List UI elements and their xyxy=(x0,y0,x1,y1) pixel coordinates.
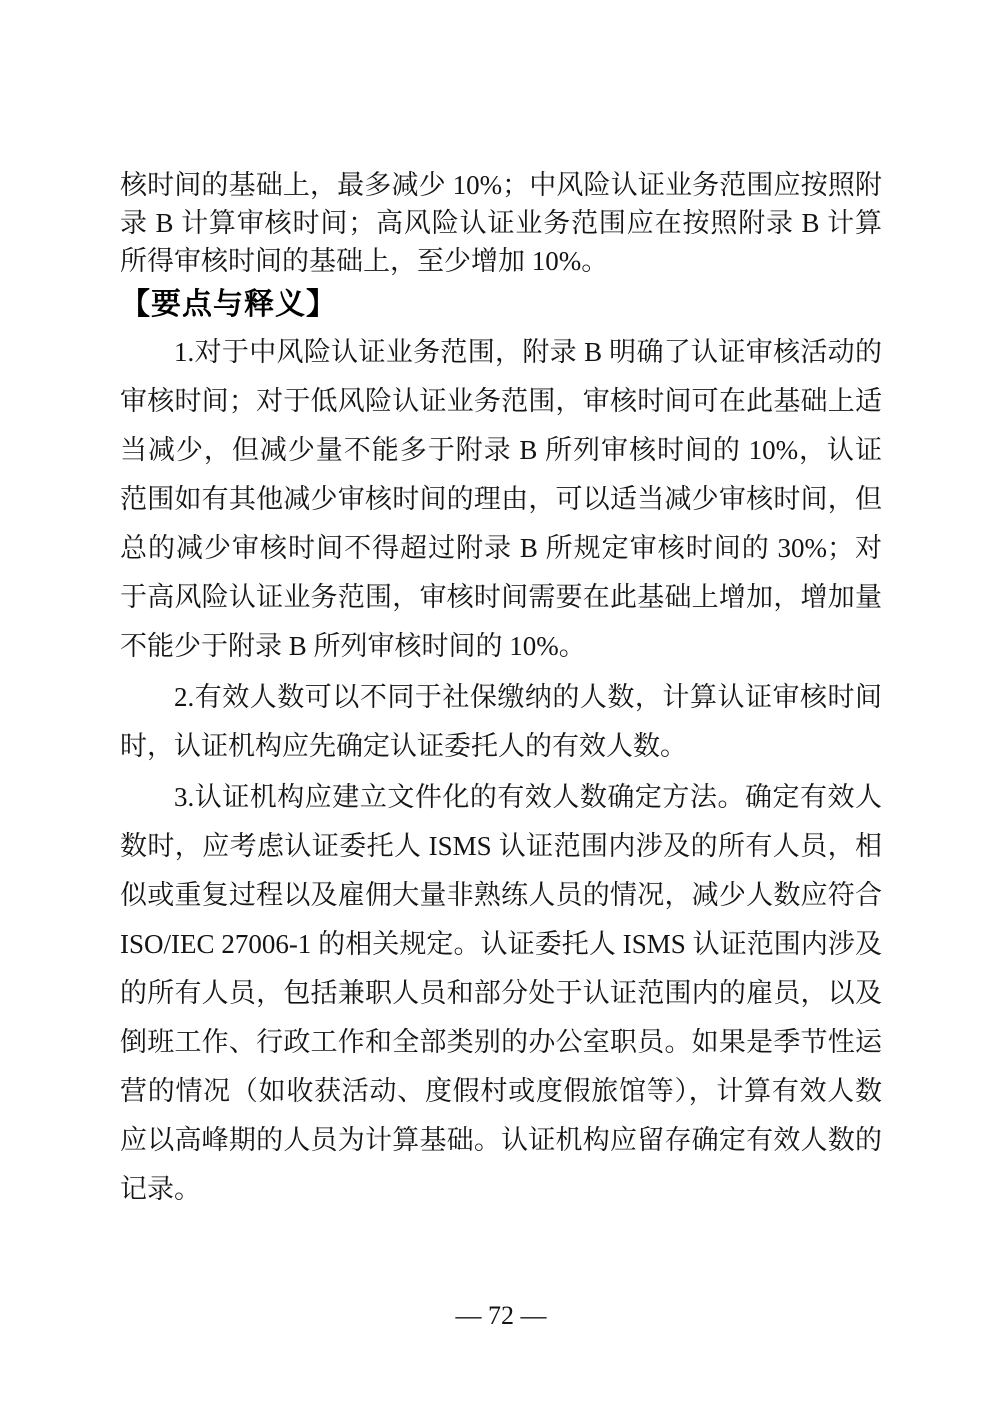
document-page: 核时间的基础上，最多减少 10%；中风险认证业务范围应按照附录 B 计算审核时间… xyxy=(0,0,1000,1414)
page-content: 核时间的基础上，最多减少 10%；中风险认证业务范围应按照附录 B 计算审核时间… xyxy=(120,166,882,1214)
continuation-paragraph: 核时间的基础上，最多减少 10%；中风险认证业务范围应按照附录 B 计算审核时间… xyxy=(120,166,882,280)
list-item: 3.认证机构应建立文件化的有效人数确定方法。确定有效人数时，应考虑认证委托人 I… xyxy=(120,773,882,1214)
list-item: 2.有效人数可以不同于社保缴纳的人数，计算认证审核时间时，认证机构应先确定认证委… xyxy=(120,673,882,771)
list-item: 1.对于中风险认证业务范围，附录 B 明确了认证审核活动的审核时间；对于低风险认… xyxy=(120,328,882,671)
page-number: — 72 — xyxy=(120,1300,882,1332)
section-heading: 【要点与释义】 xyxy=(120,284,882,326)
